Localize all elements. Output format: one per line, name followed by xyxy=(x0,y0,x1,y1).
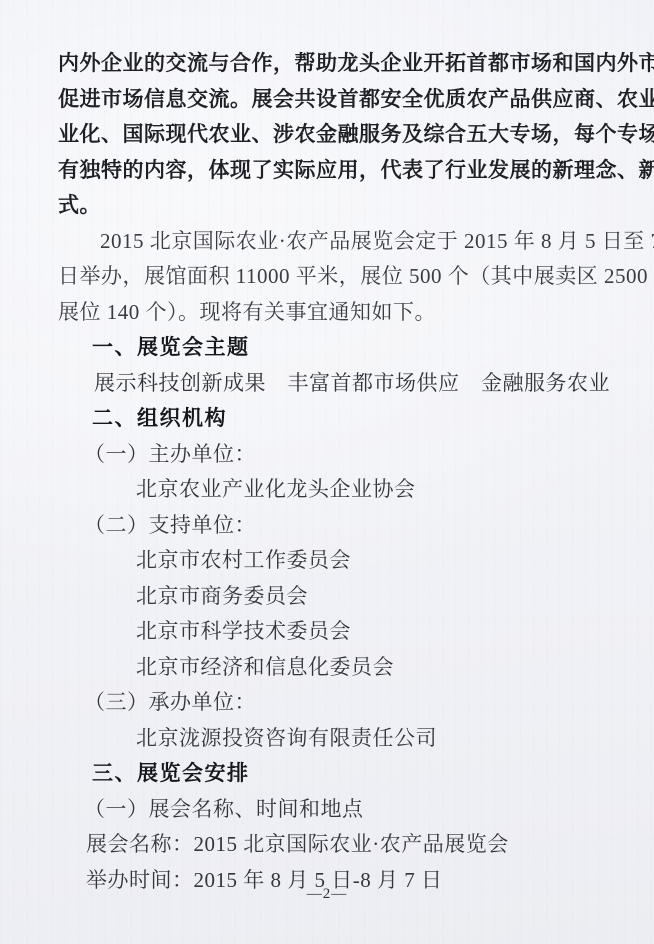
organization-name: 北京农业产业化龙头企业协会 xyxy=(136,472,634,508)
page-number: —2— xyxy=(0,886,654,903)
scanned-document-page: 内外企业的交流与合作，帮助龙头企业开拓首都市场和国内外市场， 促进市场信息交流。… xyxy=(0,0,654,944)
subsection-label-name-time-place: （一）展会名称、时间和地点 xyxy=(84,792,634,828)
subsection-label-support: （二）支持单位： xyxy=(84,508,634,544)
paragraph-line: 展位 140 个）。现将有关事宜通知如下。 xyxy=(58,295,634,331)
paragraph-line: 内外企业的交流与合作，帮助龙头企业开拓首都市场和国内外市场， xyxy=(58,46,634,82)
paragraph-line: 业化、国际现代农业、涉农金融服务及综合五大专场，每个专场均 xyxy=(58,117,634,153)
section-heading-arrangement: 三、展览会安排 xyxy=(92,756,634,792)
theme-slogans: 展示科技创新成果 丰富首都市场供应 金融服务农业 xyxy=(94,366,634,402)
subsection-label-host: （一）主办单位： xyxy=(84,437,634,473)
organization-name: 北京市经济和信息化委员会 xyxy=(136,650,634,686)
subsection-label-undertaker: （三）承办单位： xyxy=(84,685,634,721)
paragraph-line: 有独特的内容，体现了实际应用，代表了行业发展的新理念、新模 xyxy=(58,153,634,189)
paragraph-line: 促进市场信息交流。展会共设首都安全优质农产品供应商、农业产 xyxy=(58,82,634,118)
paragraph-line: 式。 xyxy=(58,188,634,224)
paragraph-line: 2015 北京国际农业·农产品展览会定于 2015 年 8 月 5 日至 7 xyxy=(58,224,634,260)
organization-name: 北京市科学技术委员会 xyxy=(136,614,634,650)
section-heading-theme: 一、展览会主题 xyxy=(92,330,634,366)
exhibition-name-line: 展会名称：2015 北京国际农业·农产品展览会 xyxy=(86,827,634,863)
document-body: 内外企业的交流与合作，帮助龙头企业开拓首都市场和国内外市场， 促进市场信息交流。… xyxy=(0,0,654,898)
organization-name: 北京市商务委员会 xyxy=(136,579,634,615)
organization-name: 北京市农村工作委员会 xyxy=(136,543,634,579)
organization-name: 北京泷源投资咨询有限责任公司 xyxy=(136,721,634,757)
paragraph-line: 日举办，展馆面积 11000 平米，展位 500 个（其中展卖区 2500 平米… xyxy=(58,259,634,295)
section-heading-organization: 二、组织机构 xyxy=(92,401,634,437)
